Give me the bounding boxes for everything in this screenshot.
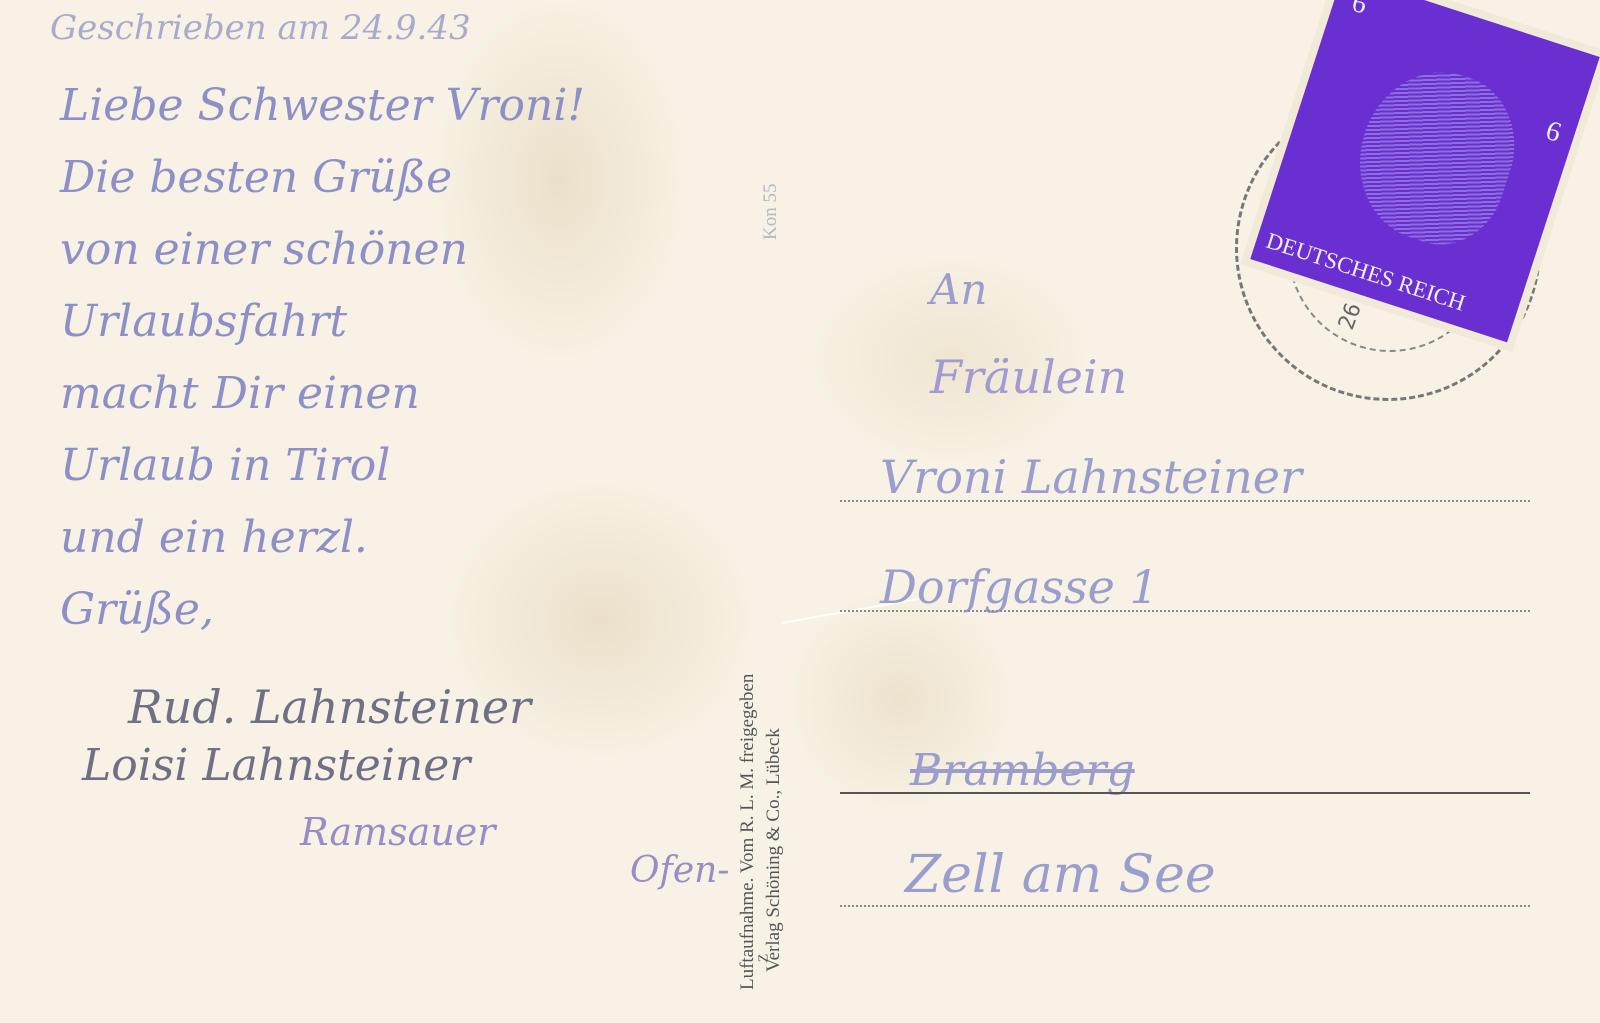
message-body: Liebe Schwester Vroni! Die besten Grüße … — [60, 70, 585, 646]
portrait-icon — [1338, 52, 1533, 260]
imprint-line-1: Luftaufnahme. Vom R. L. M. freigegeben — [735, 674, 761, 990]
address-rule-2 — [840, 610, 1530, 612]
address-rule-1 — [840, 500, 1530, 502]
address-line-6: Zell am See — [905, 845, 1216, 905]
printed-imprint: Luftaufnahme. Vom R. L. M. freigegeben V… — [735, 674, 787, 990]
message-line: und ein herzl. — [60, 502, 585, 574]
message-line: Urlaub in Tirol — [60, 430, 585, 502]
stamp-value-right: 6 — [1542, 115, 1565, 150]
address-line-4: Dorfgasse 1 — [880, 560, 1159, 614]
imprint-code: Kon 55 — [760, 184, 782, 240]
imprint-line-2: Verlag Schöning & Co., Lübeck — [761, 674, 787, 990]
imprint-mark: Z — [756, 954, 772, 963]
signature-4: Ofen- — [630, 850, 730, 891]
address-line-2: Fräulein — [930, 350, 1127, 404]
stamp-value: 6 — [1348, 0, 1371, 22]
message-line: Die besten Grüße — [60, 142, 585, 214]
signature-3: Ramsauer — [300, 810, 495, 854]
address-rule-3 — [840, 792, 1530, 794]
address-line-1: An — [930, 265, 987, 314]
header-note: Geschrieben am 24.9.43 — [50, 8, 471, 48]
message-line: Urlaubsfahrt — [60, 286, 585, 358]
message-line: Grüße, — [60, 574, 585, 646]
address-rule-4 — [840, 905, 1530, 907]
signature-1: Rud. Lahnsteiner — [128, 680, 531, 734]
message-line: von einer schönen — [60, 214, 585, 286]
address-line-5-struck: Bramberg — [910, 745, 1135, 796]
signature-2: Loisi Lahnsteiner — [82, 740, 470, 791]
message-line: Liebe Schwester Vroni! — [60, 70, 585, 142]
address-line-3: Vroni Lahnsteiner — [880, 450, 1302, 504]
message-line: macht Dir einen — [60, 358, 585, 430]
postcard-back: Geschrieben am 24.9.43 Liebe Schwester V… — [0, 0, 1600, 1023]
